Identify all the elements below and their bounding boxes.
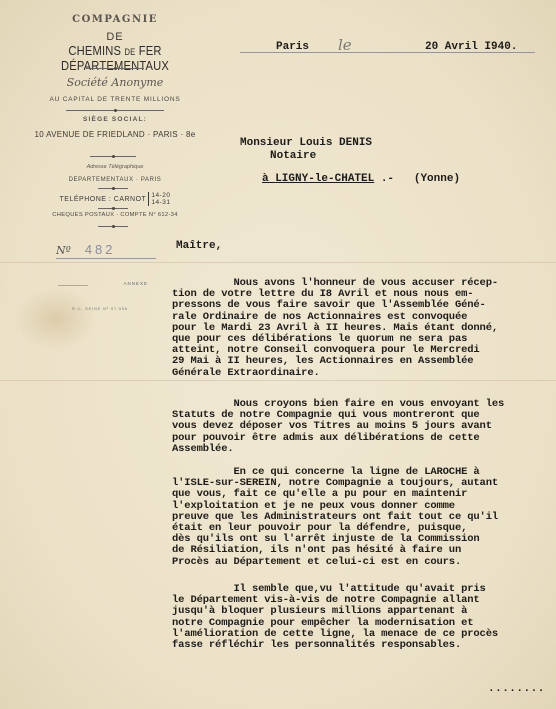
postal-cheques: CHEQUES POSTAUX · COMPTE N° 612-34	[0, 212, 230, 218]
salutation: Maître,	[176, 240, 222, 252]
head-office-address: 10 AVENUE DE FRIEDLAND · PARIS · 8e	[0, 130, 230, 139]
recipient-title: Notaire	[270, 150, 316, 162]
company-name-small: DE	[124, 47, 135, 57]
recipient-location: à LIGNY-le-CHATEL .- (Yonne)	[262, 173, 460, 185]
body-paragraph: Il semble que,vu l'attitude qu'avait pri…	[172, 584, 550, 651]
trade-register: R.C. SEINE Nº 97.556	[60, 306, 140, 311]
recipient-town: LIGNY-le-CHATEL	[275, 173, 374, 185]
letterhead-de: DE	[0, 31, 230, 43]
recipient-name: Monsieur Louis DENIS	[240, 137, 372, 149]
reference-label: Nº	[56, 244, 71, 257]
date-le: le	[338, 36, 352, 54]
ornament-divider	[98, 208, 128, 209]
body-paragraph: En ce qui concerne la ligne de LAROCHE à…	[172, 467, 550, 568]
recipient-prefix: à	[262, 173, 275, 185]
date-city: Paris	[276, 41, 309, 53]
telephone: TELÉPHONE : CARNOT 14-20 14-31	[0, 192, 230, 206]
head-office-label: SIÈGE SOCIAL:	[0, 116, 230, 123]
ornament-divider	[98, 226, 128, 227]
telephone-number: 14-31	[151, 199, 170, 206]
ornament-divider	[90, 156, 136, 157]
body-paragraph: Nous avons l'honneur de vous accuser réc…	[172, 278, 550, 379]
letter-date: 20 Avril I940.	[425, 41, 517, 53]
ornament-divider	[66, 110, 164, 111]
share-capital: AU CAPITAL DE TRENTE MILLIONS	[0, 96, 230, 103]
ornament-divider	[98, 188, 128, 189]
telephone-number: 14-20	[151, 192, 170, 199]
body-paragraph: Nous croyons bien faire en vous envoyant…	[172, 399, 550, 455]
letterhead-compagnie: COMPAGNIE	[0, 14, 230, 25]
reference-number: Nº482	[56, 242, 156, 259]
fold-crease	[0, 380, 556, 381]
recipient-region: .- (Yonne)	[374, 173, 460, 185]
fold-crease	[0, 262, 556, 263]
company-name-part1: CHEMINS	[68, 43, 124, 58]
annexe-label: ANNEXE	[58, 281, 148, 287]
telephone-numbers: 14-20 14-31	[148, 192, 170, 206]
telegraph-address: DEPARTEMENTAUX · PARIS	[0, 177, 230, 183]
telephone-label: TELÉPHONE : CARNOT	[60, 196, 147, 203]
telegraph-label: Adresse Télégraphique	[0, 164, 230, 170]
reference-value: 482	[85, 242, 116, 257]
legal-form: Société Anonyme	[0, 76, 230, 89]
continuation-dots: ........	[488, 683, 545, 695]
ornament-divider	[86, 68, 144, 69]
